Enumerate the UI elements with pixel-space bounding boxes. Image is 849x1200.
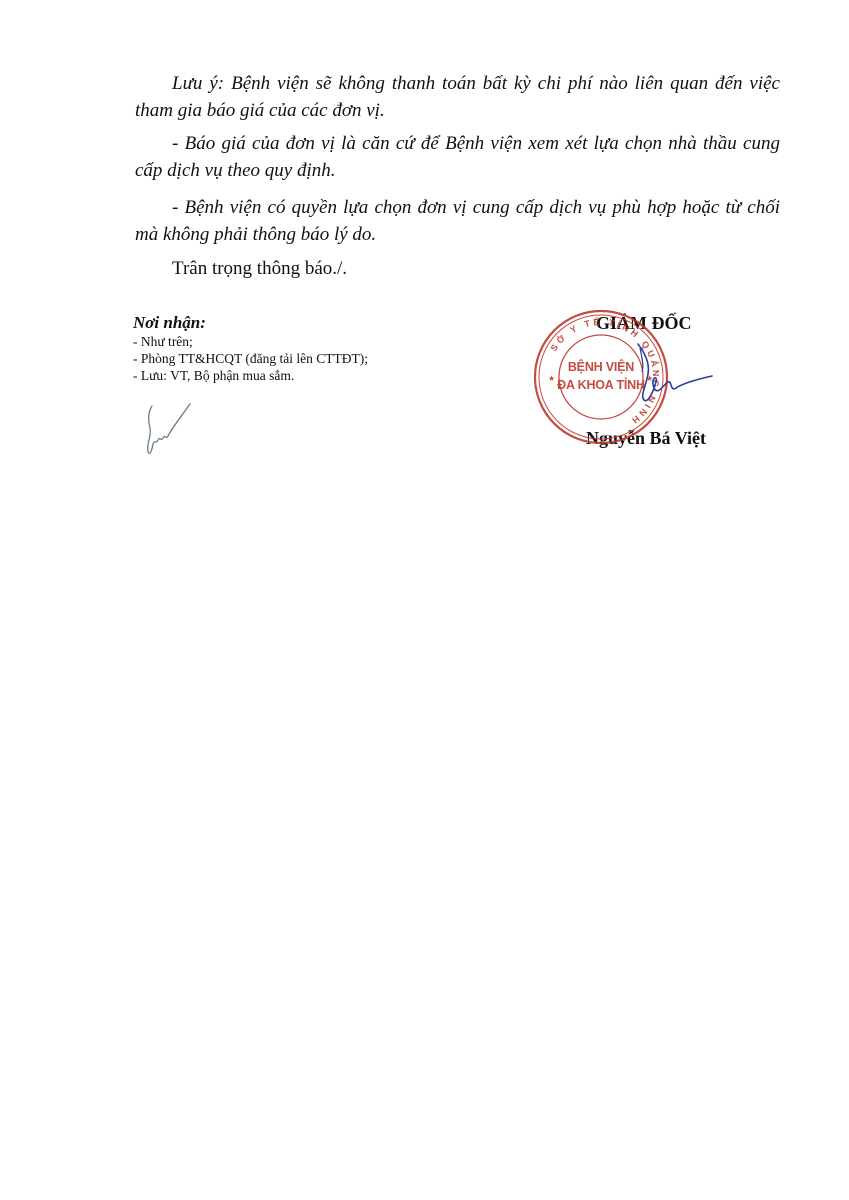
recipients-block: Nơi nhận: - Như trên; - Phòng TT&HCQT (đ…	[133, 313, 473, 384]
recipient-item: - Phòng TT&HCQT (đăng tải lên CTTĐT);	[133, 350, 473, 367]
signer-block: GIÁM ĐỐC SỞ Y TẾ TỈNH QUẢNG NINH ★ ★ BỆN…	[520, 300, 760, 470]
initial-signature-icon	[140, 400, 200, 460]
recipients-list: - Như trên; - Phòng TT&HCQT (đăng tải lê…	[133, 333, 473, 384]
note-paragraph: Lưu ý: Bệnh viện sẽ không thanh toán bất…	[135, 70, 780, 124]
recipient-item: - Lưu: VT, Bộ phận mua sắm.	[133, 367, 473, 384]
quotation-basis-paragraph: - Báo giá của đơn vị là căn cứ để Bệnh v…	[135, 130, 780, 184]
closing-paragraph: Trân trọng thông báo./.	[135, 255, 780, 282]
selection-rights-paragraph: - Bệnh viện có quyền lựa chọn đơn vị cun…	[135, 194, 780, 248]
document-page: Lưu ý: Bệnh viện sẽ không thanh toán bất…	[0, 0, 849, 1200]
recipient-item: - Như trên;	[133, 333, 473, 350]
director-signature-icon	[620, 338, 720, 418]
recipients-title: Nơi nhận:	[133, 313, 473, 333]
